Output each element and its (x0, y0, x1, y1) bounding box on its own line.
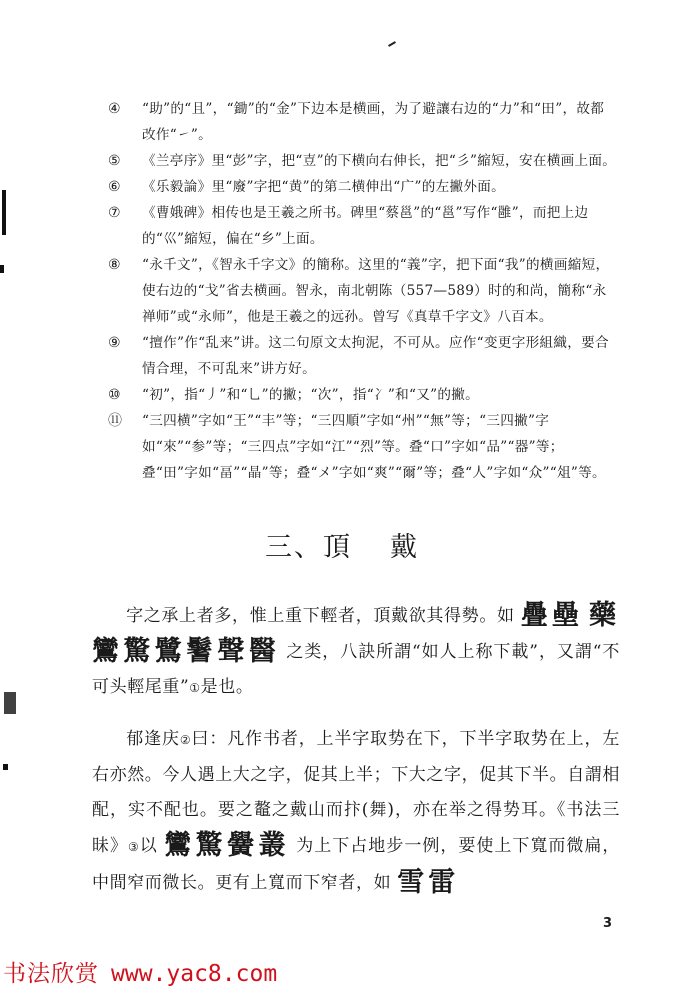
section-title-char: 戴 (390, 532, 419, 563)
paragraph-text: 以 (140, 836, 158, 856)
page-number: 3 (603, 916, 612, 931)
footnote-ref[interactable]: ② (180, 733, 192, 747)
footnote-number: ⑨ (108, 330, 142, 382)
paragraph-text: 郁逢庆 (126, 729, 180, 749)
footnote-9: ⑨“擅作”作“乱来”讲。这二句原文太拘泥，不可从。应作“变更字形組織，要合情合理… (108, 330, 618, 382)
paragraph-text: 是也。 (201, 677, 254, 697)
footnote-number: ⑤ (108, 148, 142, 174)
footnote-11: ⑪“三四横”字如“王”“丰”等；“三四順”字如“州”“無”等；“三四撇”字如“來… (108, 408, 618, 486)
footnote-text: 《曹娥碑》相传也是王羲之所书。碑里“蔡邕”的“邕”写作“雝”，而把上边的“巛”縮… (142, 200, 618, 252)
footnote-8: ⑧“永千文”，《智永千字文》的簡称。这里的“義”字，把下面“我”的横画縮短，使右… (108, 252, 618, 330)
body-text: 字之承上者多，惟上重下輕者，頂戴欲其得勢。如 疊壘 藥鸞驚鷺鬐聲醫 之类，八訣所… (92, 598, 620, 917)
footnote-text: “初”，指“丿”和“乚”的撇；“次”，指“冫”和“又”的撇。 (142, 382, 618, 408)
paragraph-2: 郁逢庆②曰：凡作书者，上半字取势在下，下半字取势在上，左右亦然。今人遇上大之字，… (92, 722, 620, 901)
section-heading: 三、頂戴 (0, 525, 684, 564)
footnote-text: “助”的“且”，“鋤”的“金”下边本是横画，为了避讓右边的“力”和“田”，故都改… (142, 96, 618, 148)
paragraph-1: 字之承上者多，惟上重下輕者，頂戴欲其得勢。如 疊壘 藥鸞驚鷺鬐聲醫 之类，八訣所… (92, 598, 620, 706)
footnote-number: ⑦ (108, 200, 142, 252)
footnote-5: ⑤《兰亭序》里“彭”字，把“壴”的下横向右伸长，把“彡”縮短，安在横画上面。 (108, 148, 618, 174)
scan-smudge (3, 764, 8, 770)
footnote-text: 《乐毅論》里“廢”字把“黄”的第二横伸出“广”的左撇外面。 (142, 174, 618, 200)
footnote-4: ④“助”的“且”，“鋤”的“金”下边本是横画，为了避讓右边的“力”和“田”，故都… (108, 96, 618, 148)
footnotes-list: ④“助”的“且”，“鋤”的“金”下边本是横画，为了避讓右边的“力”和“田”，故都… (108, 96, 618, 486)
footnote-number: ⑥ (108, 174, 142, 200)
calligraphy-example: 雪雷 (397, 867, 459, 898)
scan-smudge (2, 190, 6, 235)
footnote-number: ⑪ (108, 408, 142, 486)
footnote-number: ⑧ (108, 252, 142, 330)
watermark-url: www.yac8.com (111, 961, 277, 987)
footnote-number: ④ (108, 96, 142, 148)
footnote-6: ⑥《乐毅論》里“廢”字把“黄”的第二横伸出“广”的左撇外面。 (108, 174, 618, 200)
scan-smudge (4, 692, 16, 714)
footnote-text: “三四横”字如“王”“丰”等；“三四順”字如“州”“無”等；“三四撇”字如“來”… (142, 408, 618, 486)
watermark: 书法欣赏www.yac8.com (3, 955, 277, 988)
footnote-text: “擅作”作“乱来”讲。这二句原文太拘泥，不可从。应作“变更字形組織，要合情合理，… (142, 330, 618, 382)
footnote-number: ⑩ (108, 382, 142, 408)
scan-smudge (0, 265, 4, 273)
section-title-char: 頂 (323, 532, 352, 563)
section-number: 三、 (265, 532, 323, 563)
calligraphy-example: 疊壘 (521, 600, 583, 631)
footnote-text: “永千文”，《智永千字文》的簡称。这里的“義”字，把下面“我”的横画縮短，使右边… (142, 252, 618, 330)
paragraph-text: 字之承上者多，惟上重下輕者，頂戴欲其得勢。如 (126, 606, 515, 626)
watermark-site-name: 书法欣赏 (3, 961, 99, 987)
footnote-ref[interactable]: ③ (128, 840, 140, 854)
footnote-text: 《兰亭序》里“彭”字，把“壴”的下横向右伸长，把“彡”縮短，安在横画上面。 (142, 148, 618, 174)
stray-mark (388, 41, 396, 47)
footnote-10: ⑩“初”，指“丿”和“乚”的撇；“次”，指“冫”和“又”的撇。 (108, 382, 618, 408)
footnote-7: ⑦《曹娥碑》相传也是王羲之所书。碑里“蔡邕”的“邕”写作“雝”，而把上边的“巛”… (108, 200, 618, 252)
calligraphy-example: 鸞驚黌叢 (164, 830, 290, 861)
footnote-ref[interactable]: ① (189, 681, 200, 695)
